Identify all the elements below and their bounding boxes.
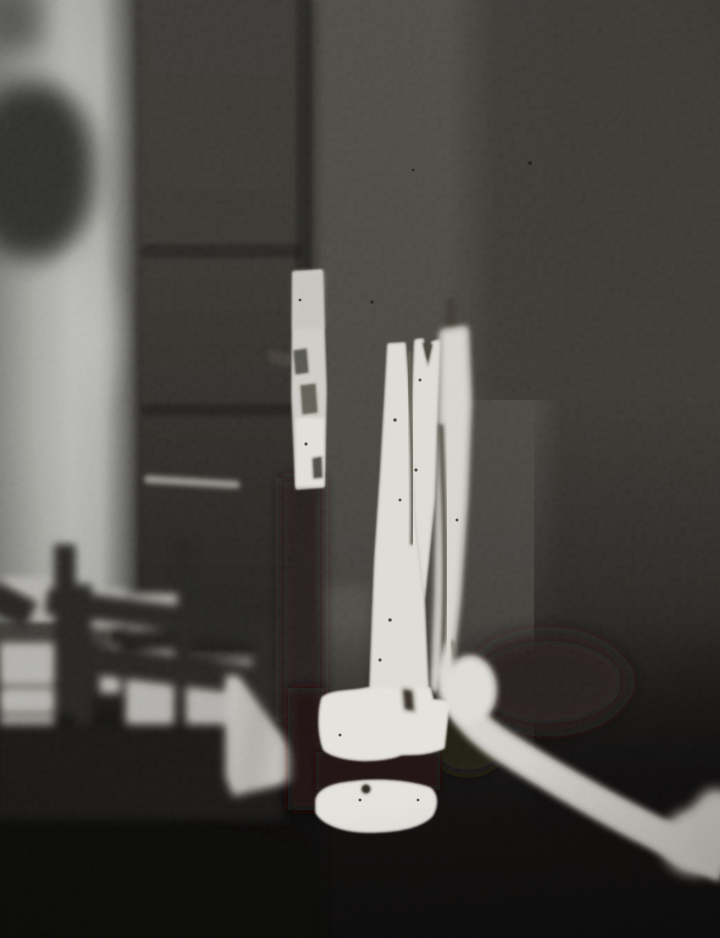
painted-strips-layer: [0, 0, 720, 938]
plank-foot: [319, 688, 449, 760]
leaning-planks: [370, 327, 470, 702]
lower-paint-patch: [316, 780, 436, 832]
narrow-painted-strip: [268, 270, 326, 489]
photograph: [0, 0, 720, 938]
